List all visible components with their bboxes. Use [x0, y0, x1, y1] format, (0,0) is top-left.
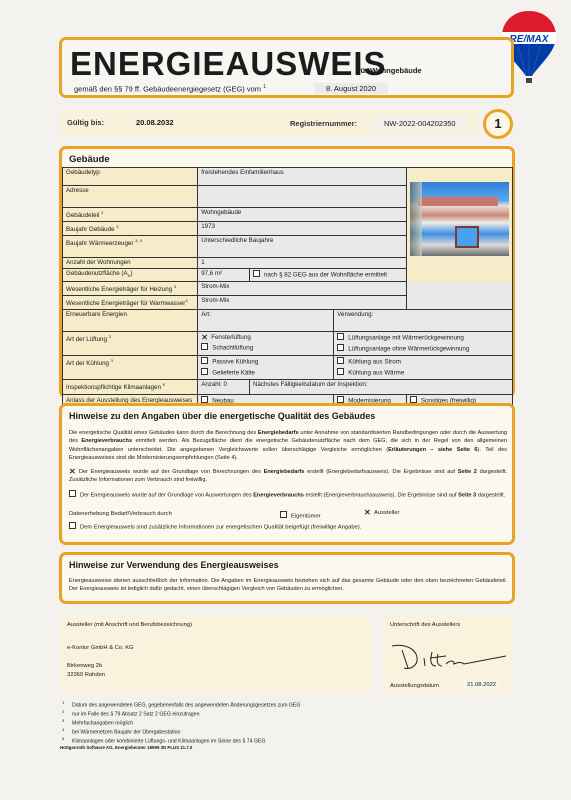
cooling-option-heat[interactable]: Kühlung aus Wärme	[337, 368, 509, 379]
quality-notes-section: Hinweise zu den Angaben über die energet…	[59, 403, 515, 545]
units-value: 1	[198, 258, 407, 269]
cooling-option-passive[interactable]: Passive Kühlung	[201, 357, 330, 368]
checkbox-unchecked-icon[interactable]	[253, 270, 260, 277]
address-label: Adresse	[63, 186, 198, 208]
heater-year-label: Baujahr Wärmeerzeuger 3, 4	[63, 236, 198, 258]
address-value	[198, 186, 407, 208]
issuer-box: Aussteller (mit Anschrift und Berufsbeze…	[60, 616, 372, 694]
usage-notes-section: Hinweise zur Verwendung des Energieauswe…	[59, 552, 515, 604]
registration-label: Registriernummer:	[290, 119, 357, 128]
ac-next-inspection: Nächstes Fälligkeitsdatum der Inspektion…	[249, 380, 512, 394]
document-title: ENERGIEAUSWEIS	[70, 45, 387, 83]
checkbox-unchecked-icon[interactable]	[69, 490, 76, 497]
signature-icon	[388, 638, 508, 674]
renewable-energy-label: Erneuerbare Energien	[63, 310, 198, 332]
quality-notes-title: Hinweise zu den Angaben über die energet…	[69, 411, 375, 421]
issue-date: 21.08.2022	[463, 681, 500, 689]
checkbox-unchecked-icon	[337, 333, 344, 340]
checkbox-checked-icon[interactable]: ✕	[69, 469, 76, 475]
ventilation-option-window[interactable]: ✕Fensterlüftung	[201, 333, 330, 343]
data-by-owner-option[interactable]: Eigentümer	[280, 511, 321, 520]
checkbox-unchecked-icon	[337, 368, 344, 375]
heater-year-value: Unterschiedliche Baujahre	[198, 236, 407, 258]
law-date: 8. August 2020	[314, 83, 388, 94]
renewable-use: Verwendung:	[334, 310, 513, 332]
water-carrier-value: Strom-Mix	[198, 296, 513, 310]
footnote: 1Datum des angewendeten GEG, gegebenenfa…	[62, 700, 300, 709]
issue-date-label: Ausstellungsdatum	[390, 683, 439, 689]
checkbox-unchecked-icon	[201, 357, 208, 364]
units-label: Anzahl der Wohnungen	[63, 258, 198, 269]
area-from-living-space-option[interactable]: nach § 82 GEG aus der Wohnfläche ermitte…	[249, 269, 406, 282]
house-photo	[410, 182, 509, 256]
issuer-city: 32369 Rahden	[67, 672, 105, 678]
issuer-street: Birkenweg 2b	[67, 663, 102, 669]
cooling-option-delivered[interactable]: Gelieferte Kälte	[201, 368, 330, 379]
checkbox-unchecked-icon	[337, 396, 344, 403]
data-by-issuer-option[interactable]: ✕Aussteller	[364, 510, 399, 516]
svg-text:RE/MAX: RE/MAX	[510, 34, 550, 45]
ventilation-label: Art der Lüftung 3	[63, 332, 198, 356]
checkbox-unchecked-icon	[201, 396, 208, 403]
issuer-label: Aussteller (mit Anschrift und Berufsbeze…	[67, 622, 192, 628]
footnote: 2nur im Falle des § 79 Absatz 2 Satz 2 G…	[62, 709, 300, 718]
heating-carrier-value: Strom-Mix	[198, 282, 513, 296]
checkbox-unchecked-icon	[69, 522, 76, 529]
software-credit: Hottgenroth Software AG, Energieberater …	[60, 745, 192, 750]
ventilation-option-without-recovery[interactable]: Lüftungsanlage ohne Wärmerückgewinnung	[337, 344, 509, 355]
building-section-title: Gebäude	[69, 154, 110, 165]
checkbox-unchecked-icon	[280, 511, 287, 518]
building-part-value: Wohngebäude	[198, 208, 407, 222]
demand-certificate-option[interactable]: ✕Der Energieausweis wurde auf der Grundl…	[69, 468, 507, 485]
valid-until-value: 20.08.2032	[136, 118, 174, 127]
quality-notes-intro: Die energetische Qualität eines Gebäudes…	[69, 429, 507, 462]
renewable-type: Art:	[198, 310, 334, 332]
checkbox-unchecked-icon	[201, 368, 208, 375]
usable-area-label: Gebäudenutzfläche (AN)	[63, 269, 198, 282]
building-type-label: Gebäudetyp	[63, 168, 198, 186]
ac-label: Inspektionspflichtige Klimaanlagen 5	[63, 380, 198, 394]
registration-number: NW-2022-004202350	[372, 116, 468, 131]
footnotes: 1Datum des angewendeten GEG, gegebenenfa…	[62, 700, 300, 745]
ventilation-option-with-recovery[interactable]: Lüftungsanlage mit Wärmerückgewinnung	[337, 333, 509, 344]
page-number-badge: 1	[483, 109, 513, 139]
extra-info-option[interactable]: Dem Energieausweis sind zusätzliche Info…	[69, 522, 361, 531]
building-table: Gebäudetyp freistehendes Einfamilienhaus…	[62, 167, 513, 428]
checkbox-unchecked-icon	[337, 344, 344, 351]
ac-count: Anzahl: 0	[198, 380, 250, 394]
checkbox-checked-icon: ✕	[364, 510, 371, 516]
validity-bar: Gültig bis: 20.08.2032 Registriernummer:…	[60, 110, 478, 136]
usage-notes-title: Hinweise zur Verwendung des Energieauswe…	[69, 560, 279, 570]
signature-label: Unterschrift des Ausstellers	[390, 622, 460, 628]
legal-basis: gemäß den §§ 79 ff. Gebäudeenergiegesetz…	[74, 84, 266, 94]
checkbox-unchecked-icon	[201, 343, 208, 350]
heating-carrier-label: Wesentliche Energieträger für Heizung 3	[63, 282, 198, 296]
checkbox-checked-icon: ✕	[201, 335, 208, 341]
year-built-value: 1973	[198, 222, 407, 236]
footnote: 3Mehrfachangaben möglich	[62, 718, 300, 727]
ventilation-option-shaft[interactable]: Schachtlüftung	[201, 343, 330, 354]
valid-until-label: Gültig bis:	[67, 118, 104, 127]
footnote: 4bei Wärmenetzen Baujahr der Übergabesta…	[62, 727, 300, 736]
checkbox-unchecked-icon	[337, 357, 344, 364]
footnote: 5Klimaanlagen oder kombinierte Lüftungs-…	[62, 736, 300, 745]
usage-notes-text: Energieausweise dienen ausschließlich de…	[69, 577, 507, 594]
cooling-option-electric[interactable]: Kühlung aus Strom	[337, 357, 509, 368]
building-type-value: freistehendes Einfamilienhaus	[198, 168, 407, 186]
signature-box: Unterschrift des Ausstellers Ausstellung…	[383, 616, 513, 694]
checkbox-unchecked-icon	[410, 396, 417, 403]
issuer-company: e-Kontor GmbH & Co. KG	[67, 645, 134, 651]
usable-area-value: 97,6 m²	[198, 269, 250, 282]
cooling-label: Art der Kühlung 3	[63, 356, 198, 380]
year-built-label: Baujahr Gebäude 3	[63, 222, 198, 236]
document-subtitle: für Wohngebäude	[358, 66, 422, 75]
data-collection-label: Datenerhebung Bedarf/Verbrauch durch	[69, 511, 172, 517]
water-carrier-label: Wesentliche Energieträger für Warmwasser…	[63, 296, 198, 310]
building-part-label: Gebäudeteil 2	[63, 208, 198, 222]
consumption-certificate-option[interactable]: Der Energieausweis wurde auf der Grundla…	[69, 490, 507, 500]
header-box: ENERGIEAUSWEIS für Wohngebäude gemäß den…	[59, 37, 514, 98]
